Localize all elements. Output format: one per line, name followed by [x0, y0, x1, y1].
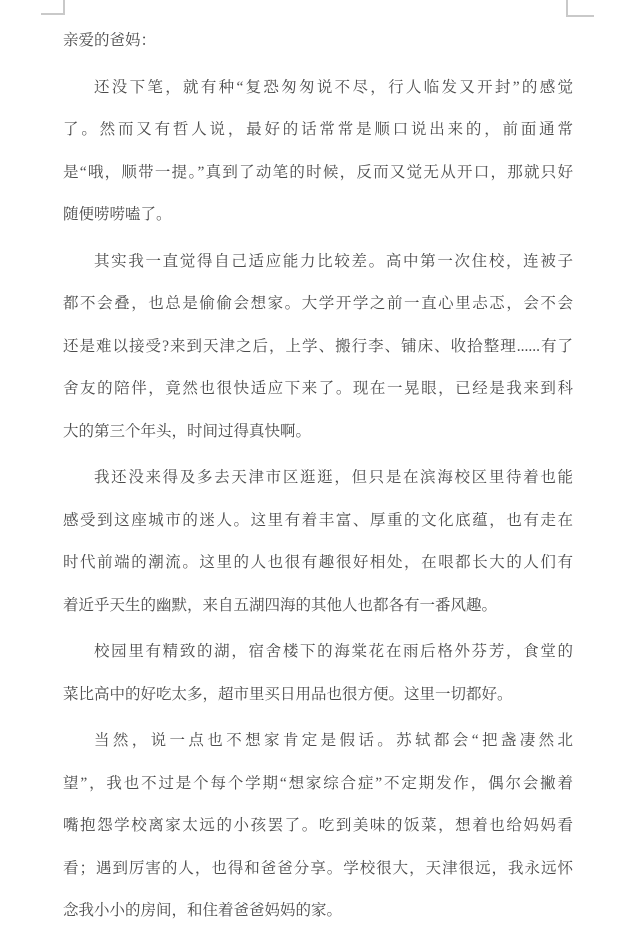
- text-line: 其实我一直觉得自己适应能力比较差。高中第一次住校，连被子: [63, 241, 573, 284]
- document-page: 亲爱的爸妈： 还没下笔，就有种“复恐匆匆说不尽，行人临发又开封”的感觉 了。然而…: [0, 0, 637, 952]
- text-line: 着近乎天生的幽默，来自五湖四海的其他人也都各有一番风趣。: [63, 585, 573, 628]
- text-line: 大的第三个年头，时间过得真快啊。: [63, 411, 573, 454]
- text-line: 嘴抱怨学校离家太远的小孩罢了。吃到美味的饭菜，想着也给妈妈看: [63, 805, 573, 848]
- paragraph: 其实我一直觉得自己适应能力比较差。高中第一次住校，连被子 都不会叠，也总是偷偷会…: [63, 241, 573, 454]
- paragraph: 当然，说一点也不想家肯定是假话。苏轼都会“把盏凄然北 望”，我也不过是个每个学期…: [63, 720, 573, 933]
- letter-salutation: 亲爱的爸妈：: [63, 20, 573, 63]
- letter-body: 亲爱的爸妈： 还没下笔，就有种“复恐匆匆说不尽，行人临发又开封”的感觉 了。然而…: [63, 20, 573, 937]
- text-line: 还是难以接受?来到天津之后，上学、搬行李、铺床、收拾整理......有了: [63, 326, 573, 369]
- text-line: 了。然而又有哲人说，最好的话常常是顺口说出来的，前面通常: [63, 109, 573, 152]
- crop-mark-top-left-horizontal: [41, 13, 65, 15]
- text-line: 是“哦，顺带一提。”真到了动笔的时候，反而又觉无从开口，那就只好: [63, 152, 573, 195]
- paragraph: 我还没来得及多去天津市区逛逛，但只是在滨海校区里待着也能 感受到这座城市的迷人。…: [63, 457, 573, 627]
- text-line: 菜比高中的好吃太多，超市里买日用品也很方便。这里一切都好。: [63, 674, 573, 717]
- text-line: 我还没来得及多去天津市区逛逛，但只是在滨海校区里待着也能: [63, 457, 573, 500]
- paragraph: 还没下笔，就有种“复恐匆匆说不尽，行人临发又开封”的感觉 了。然而又有哲人说，最…: [63, 67, 573, 237]
- text-line: 还没下笔，就有种“复恐匆匆说不尽，行人临发又开封”的感觉: [63, 67, 573, 110]
- crop-mark-top-right-horizontal: [566, 15, 594, 17]
- text-line: 都不会叠，也总是偷偷会想家。大学开学之前一直心里忐忑，会不会: [63, 283, 573, 326]
- text-line: 随便唠唠嗑了。: [63, 194, 573, 237]
- paragraph: 校园里有精致的湖，宿舍楼下的海棠花在雨后格外芬芳，食堂的 菜比高中的好吃太多，超…: [63, 631, 573, 716]
- text-line: 看；遇到厉害的人，也得和爸爸分享。学校很大，天津很远，我永远怀: [63, 848, 573, 891]
- text-line: 时代前端的潮流。这里的人也很有趣很好相处，在哏都长大的人们有: [63, 542, 573, 585]
- text-line: 念我小小的房间，和住着爸爸妈妈的家。: [63, 890, 573, 933]
- crop-mark-top-left-vertical: [63, 0, 65, 14]
- text-line: 望”，我也不过是个每个学期“想家综合症”不定期发作，偶尔会撇着: [63, 763, 573, 806]
- text-line: 校园里有精致的湖，宿舍楼下的海棠花在雨后格外芬芳，食堂的: [63, 631, 573, 674]
- text-line: 当然，说一点也不想家肯定是假话。苏轼都会“把盏凄然北: [63, 720, 573, 763]
- text-line: 舍友的陪伴，竟然也很快适应下来了。现在一晃眼，已经是我来到科: [63, 368, 573, 411]
- text-line: 感受到这座城市的迷人。这里有着丰富、厚重的文化底蕴，也有走在: [63, 500, 573, 543]
- crop-mark-top-right-vertical: [566, 0, 568, 16]
